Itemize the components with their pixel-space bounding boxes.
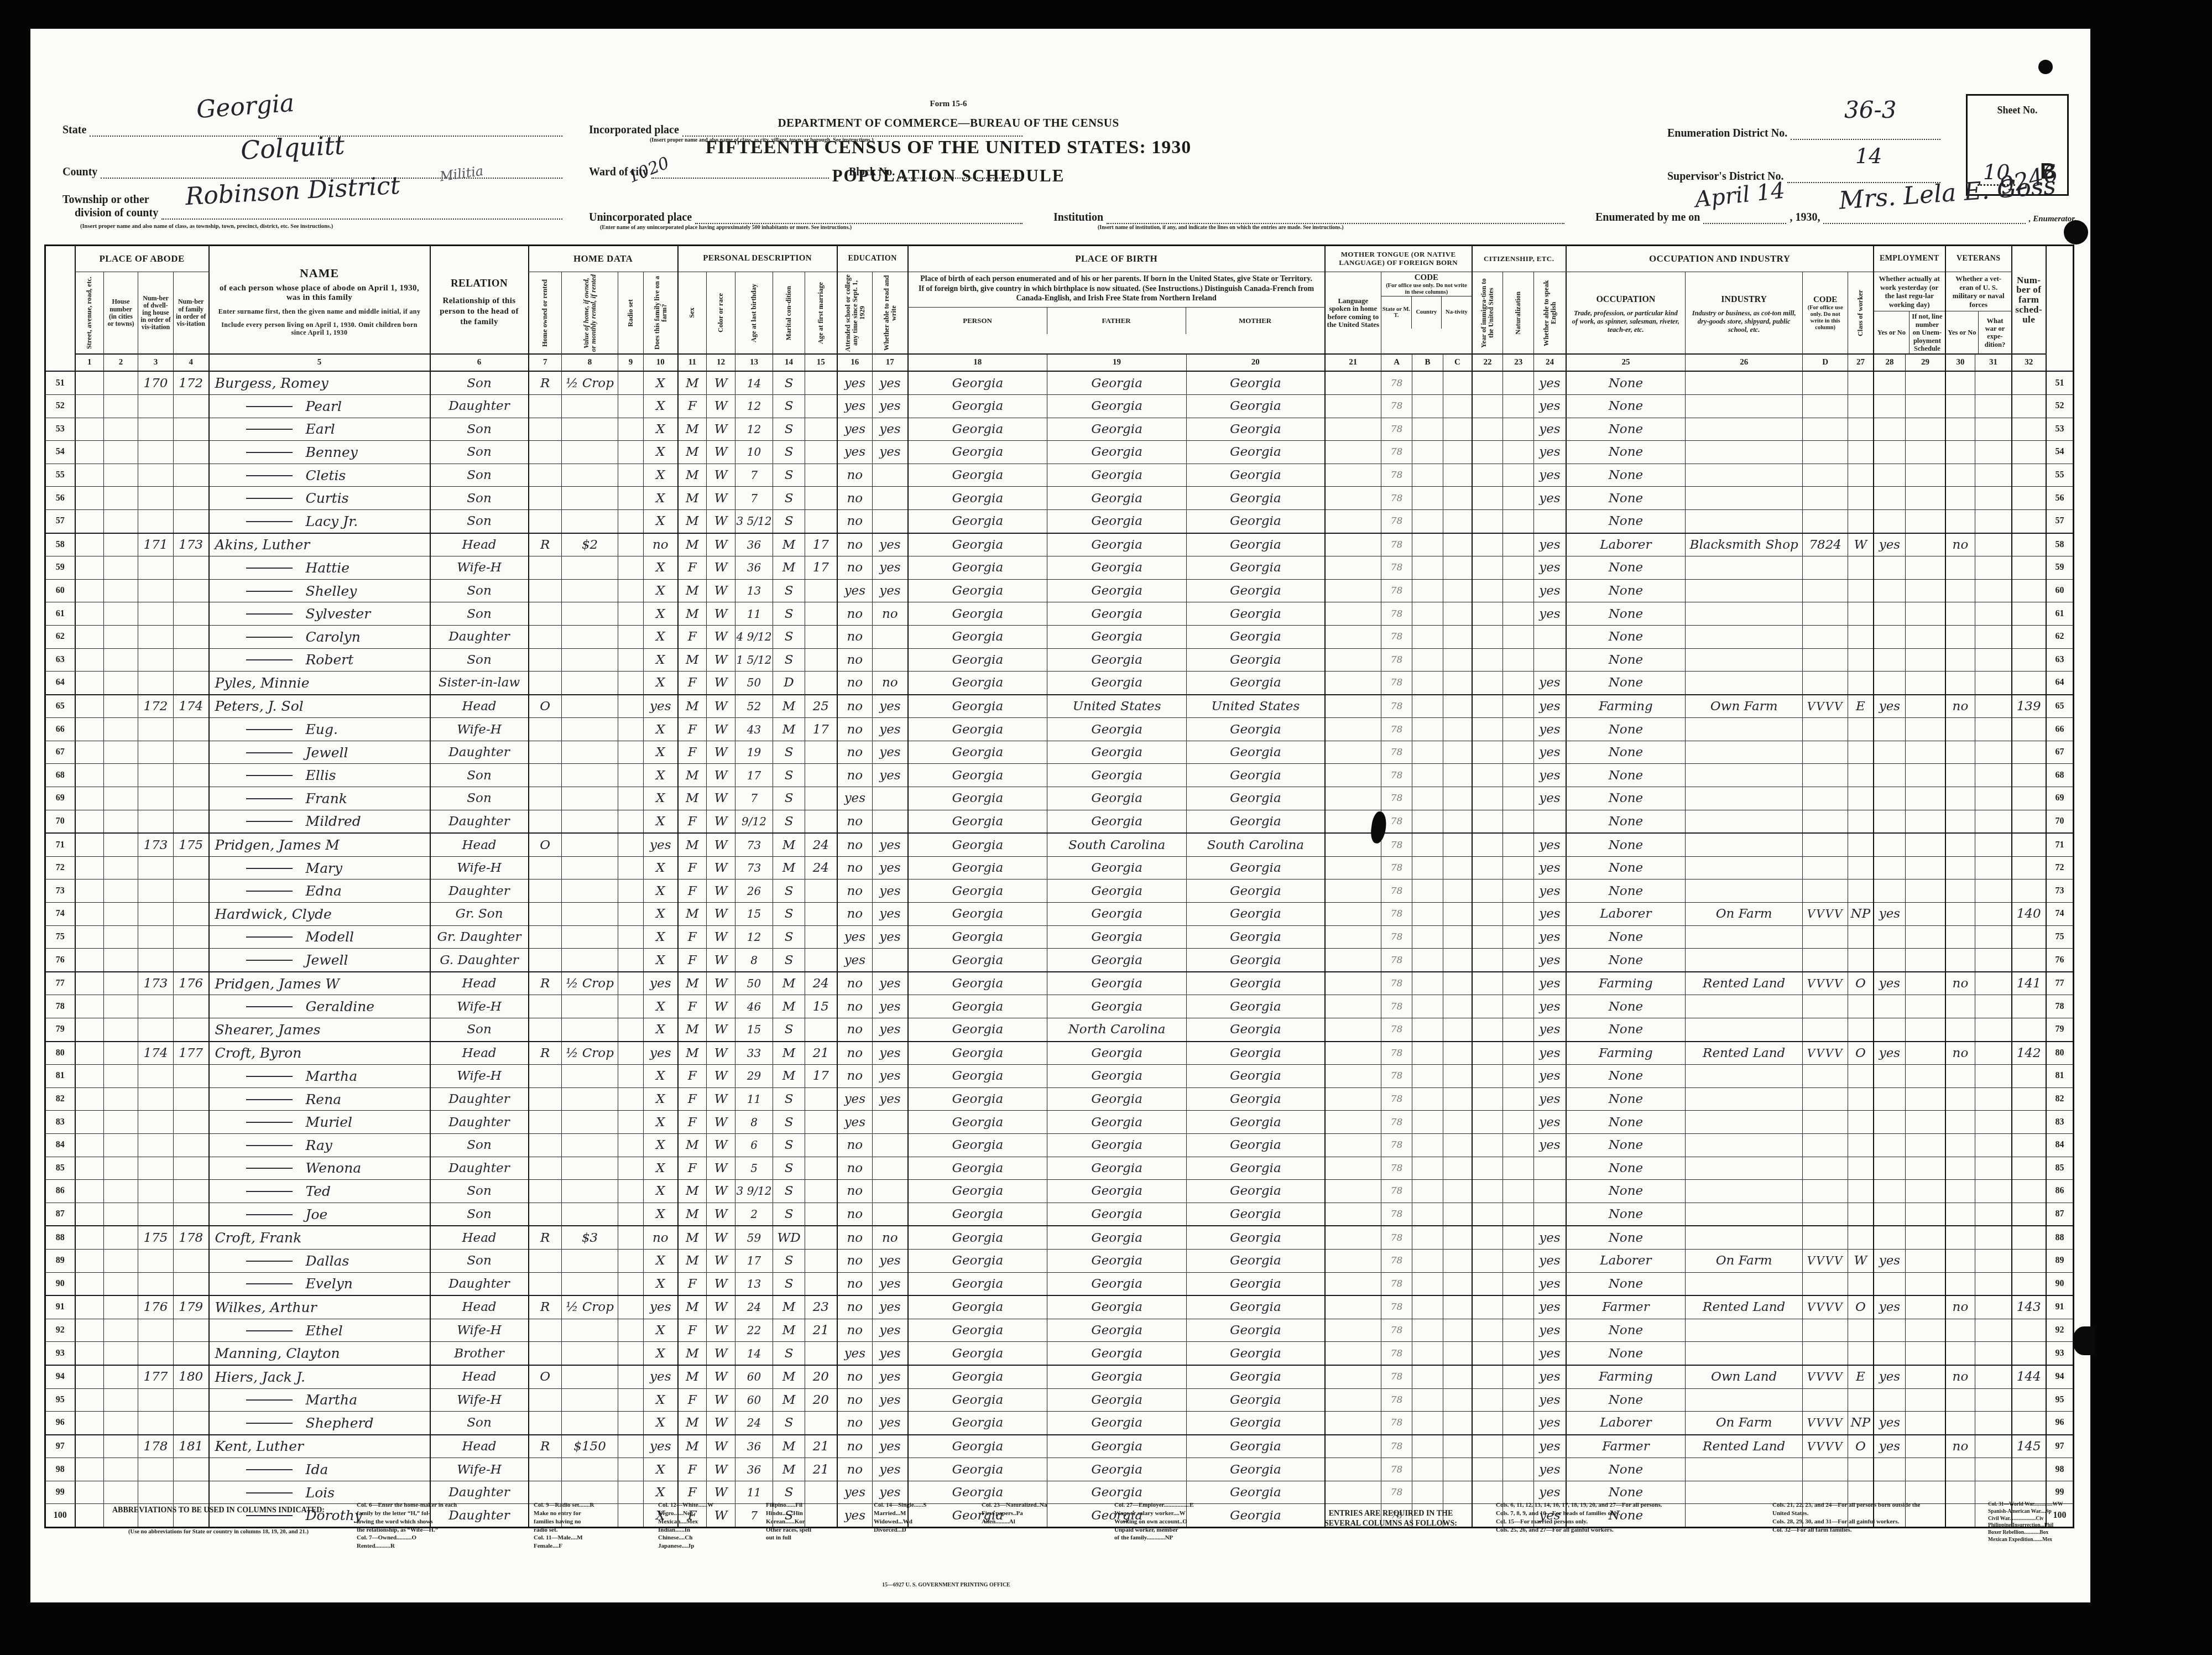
col-yr xyxy=(1472,810,1503,833)
col-cls xyxy=(1848,394,1874,418)
col-sch: no xyxy=(837,995,873,1018)
col-street xyxy=(75,972,104,995)
col-lnr: 64 xyxy=(2046,672,2074,695)
col-emp xyxy=(1874,464,1906,487)
col-ln: 60 xyxy=(45,579,75,602)
col-afm xyxy=(805,1180,837,1203)
ditto-dash xyxy=(246,775,293,776)
col-lang xyxy=(1325,1087,1381,1111)
col-lang xyxy=(1325,1065,1381,1088)
col-fam xyxy=(174,787,209,810)
col-fam xyxy=(174,625,209,648)
col-rw: yes xyxy=(873,741,908,764)
col-ocode: VVVV xyxy=(1803,1042,1848,1065)
col-lnr: 73 xyxy=(2046,879,2074,903)
col-mar: S xyxy=(773,1018,805,1042)
col-rw: yes xyxy=(873,1365,908,1388)
col-mar: M xyxy=(773,1319,805,1342)
col-radio xyxy=(618,1295,644,1319)
col-emp: yes xyxy=(1874,1412,1906,1435)
col-war xyxy=(1975,1157,2012,1180)
col-age: 8 xyxy=(735,1111,773,1134)
col-radio xyxy=(618,741,644,764)
census-row-line-61: 61SylvesterSonXMW11SnonoGeorgiaGeorgiaGe… xyxy=(45,602,2074,626)
col-ten: R xyxy=(529,972,562,995)
column-color-race-header: Color or race xyxy=(707,272,735,355)
col-empline xyxy=(1906,648,1945,672)
col-nat xyxy=(1503,533,1534,556)
col-ind xyxy=(1686,464,1803,487)
ditto-dash xyxy=(246,429,293,430)
col-war xyxy=(1975,1203,2012,1226)
census-scan-page: Form 15-6 DEPARTMENT OF COMMERCE—BUREAU … xyxy=(0,0,2212,1655)
col-cls xyxy=(1848,925,1874,949)
col-ind xyxy=(1686,418,1803,441)
col-vet xyxy=(1945,787,1975,810)
col-afm xyxy=(805,418,837,441)
col-rel: Son xyxy=(430,371,529,394)
col-dw xyxy=(138,1249,174,1272)
col-vet: no xyxy=(1945,1365,1975,1388)
col-ln: 80 xyxy=(45,1042,75,1065)
col-codeA: 78 xyxy=(1381,1388,1412,1412)
col-name: Joe xyxy=(209,1203,430,1226)
col-bpm: Georgia xyxy=(1187,1111,1325,1134)
col-name: Evelyn xyxy=(209,1272,430,1295)
col-radio xyxy=(618,441,644,464)
col-eng: yes xyxy=(1534,556,1566,580)
col-bpf: Georgia xyxy=(1047,418,1187,441)
col-bpf: Georgia xyxy=(1047,1272,1187,1295)
col-afm xyxy=(805,1412,837,1435)
col-radio xyxy=(618,464,644,487)
col-dw xyxy=(138,856,174,879)
column-number-28: 28 xyxy=(1874,354,1906,371)
col-mar: M xyxy=(773,718,805,741)
col-ind xyxy=(1686,1180,1803,1203)
col-mar: S xyxy=(773,509,805,533)
col-ln: 84 xyxy=(45,1133,75,1157)
col-fam xyxy=(174,672,209,695)
col-age: 60 xyxy=(735,1365,773,1388)
col-war xyxy=(1975,718,2012,741)
column-number-32: 32 xyxy=(2012,354,2046,371)
col-codeA: 78 xyxy=(1381,1365,1412,1388)
col-bpm: Georgia xyxy=(1187,1319,1325,1342)
col-emp xyxy=(1874,441,1906,464)
col-house xyxy=(104,949,138,972)
col-house xyxy=(104,509,138,533)
col-codeC xyxy=(1443,1018,1472,1042)
census-row-line-71: 71173175Pridgen, James MHeadOyesMW73M24n… xyxy=(45,833,2074,856)
col-lang xyxy=(1325,925,1381,949)
col-street xyxy=(75,787,104,810)
col-rw xyxy=(873,1203,908,1226)
col-emp xyxy=(1874,764,1906,787)
footer-abbrev-block-6: Col. 23—Naturalized..Na First papers..Pa… xyxy=(982,1501,1109,1526)
col-name: Robert xyxy=(209,648,430,672)
col-mar: M xyxy=(773,695,805,718)
col-age: 6 xyxy=(735,1133,773,1157)
col-codeC xyxy=(1443,949,1472,972)
col-street xyxy=(75,648,104,672)
col-street xyxy=(75,1133,104,1157)
col-ln: 53 xyxy=(45,418,75,441)
col-ln: 79 xyxy=(45,1018,75,1042)
col-bpf: Georgia xyxy=(1047,903,1187,926)
col-fs: 140 xyxy=(2012,903,2046,926)
col-radio xyxy=(618,579,644,602)
col-ocode xyxy=(1803,1319,1848,1342)
column-code-state-header: State or M. T. xyxy=(1381,296,1411,329)
col-ten xyxy=(529,556,562,580)
col-ln: 97 xyxy=(45,1435,75,1458)
col-sex: M xyxy=(678,1249,707,1272)
col-farm: no xyxy=(644,1226,678,1249)
col-war xyxy=(1975,1087,2012,1111)
col-nat xyxy=(1503,1272,1534,1295)
col-emp xyxy=(1874,672,1906,695)
col-age: 7 xyxy=(735,464,773,487)
census-row-line-62: 62CarolynDaughterXFW4 9/12SnoGeorgiaGeor… xyxy=(45,625,2074,648)
col-rel: Son xyxy=(430,1018,529,1042)
col-occ: None xyxy=(1566,1388,1686,1412)
col-val xyxy=(562,625,618,648)
col-fs xyxy=(2012,1157,2046,1180)
col-mar: M xyxy=(773,833,805,856)
column-number-25: 25 xyxy=(1566,354,1686,371)
col-bpm: United States xyxy=(1187,695,1325,718)
col-sch: no xyxy=(837,1295,873,1319)
col-cls xyxy=(1848,464,1874,487)
col-empline xyxy=(1906,1065,1945,1088)
col-lang xyxy=(1325,903,1381,926)
col-codeB xyxy=(1412,903,1443,926)
col-war xyxy=(1975,764,2012,787)
col-rel: Wife-H xyxy=(430,1388,529,1412)
col-farm: X xyxy=(644,487,678,510)
col-lnr: 88 xyxy=(2046,1226,2074,1249)
col-afm: 21 xyxy=(805,1042,837,1065)
col-emp xyxy=(1874,1481,1906,1504)
col-house xyxy=(104,972,138,995)
col-ln: 81 xyxy=(45,1065,75,1088)
col-radio xyxy=(618,394,644,418)
col-rw: yes xyxy=(873,1018,908,1042)
col-bp: Georgia xyxy=(908,533,1047,556)
col-codeC xyxy=(1443,394,1472,418)
col-fs xyxy=(2012,856,2046,879)
col-name: Muriel xyxy=(209,1111,430,1134)
col-bp: Georgia xyxy=(908,1018,1047,1042)
col-ocode xyxy=(1803,741,1848,764)
col-codeC xyxy=(1443,1226,1472,1249)
footer-abbrev-block-1: Col. 6—Enter the home-maker in each fami… xyxy=(357,1501,523,1550)
col-ln: 90 xyxy=(45,1272,75,1295)
col-sex: M xyxy=(678,1203,707,1226)
col-empline xyxy=(1906,579,1945,602)
col-occ: None xyxy=(1566,1226,1686,1249)
col-yr xyxy=(1472,533,1503,556)
col-codeB xyxy=(1412,1481,1443,1504)
institution-field: Institution xyxy=(1053,211,1568,224)
col-occ: None xyxy=(1566,1272,1686,1295)
col-emp: yes xyxy=(1874,1365,1906,1388)
col-rw xyxy=(873,509,908,533)
col-age: 14 xyxy=(735,371,773,394)
col-empline xyxy=(1906,1226,1945,1249)
col-sch: no xyxy=(837,1157,873,1180)
col-rel: Daughter xyxy=(430,879,529,903)
col-bp: Georgia xyxy=(908,856,1047,879)
census-row-line-89: 89DallasSonXMW17SnoyesGeorgiaGeorgiaGeor… xyxy=(45,1249,2074,1272)
col-farm: yes xyxy=(644,695,678,718)
col-mar: S xyxy=(773,394,805,418)
col-nat xyxy=(1503,903,1534,926)
col-race: W xyxy=(707,787,735,810)
col-afm xyxy=(805,764,837,787)
col-age: 17 xyxy=(735,764,773,787)
col-codeB xyxy=(1412,394,1443,418)
col-ind xyxy=(1686,672,1803,695)
col-occ: None xyxy=(1566,1458,1686,1481)
col-sex: F xyxy=(678,1065,707,1088)
col-ln: 86 xyxy=(45,1180,75,1203)
col-fam xyxy=(174,741,209,764)
col-vet xyxy=(1945,487,1975,510)
col-fs xyxy=(2012,1087,2046,1111)
col-ln: 54 xyxy=(45,441,75,464)
col-ind xyxy=(1686,995,1803,1018)
col-street xyxy=(75,1087,104,1111)
col-lnr: 97 xyxy=(2046,1435,2074,1458)
col-name: Shelley xyxy=(209,579,430,602)
col-name: Manning, Clayton xyxy=(209,1342,430,1365)
col-ten xyxy=(529,1180,562,1203)
col-fam xyxy=(174,1111,209,1134)
col-codeB xyxy=(1412,1018,1443,1042)
col-bpf: Georgia xyxy=(1047,949,1187,972)
col-sex: M xyxy=(678,464,707,487)
col-lnr: 85 xyxy=(2046,1157,2074,1180)
col-farm: X xyxy=(644,625,678,648)
col-ocode xyxy=(1803,856,1848,879)
col-val xyxy=(562,1203,618,1226)
col-eng: yes xyxy=(1534,833,1566,856)
column-street-header: Street, avenue, road, etc. xyxy=(75,272,104,355)
col-name: Curtis xyxy=(209,487,430,510)
col-empline xyxy=(1906,787,1945,810)
col-bpm: Georgia xyxy=(1187,1435,1325,1458)
col-race: W xyxy=(707,972,735,995)
col-codeC xyxy=(1443,972,1472,995)
col-fs xyxy=(2012,648,2046,672)
col-bp: Georgia xyxy=(908,949,1047,972)
col-bpm: Georgia xyxy=(1187,464,1325,487)
col-dw xyxy=(138,718,174,741)
col-ten xyxy=(529,602,562,626)
col-eng: yes xyxy=(1534,1018,1566,1042)
col-ocode xyxy=(1803,1272,1848,1295)
col-mar: M xyxy=(773,1435,805,1458)
col-fam: 179 xyxy=(174,1295,209,1319)
col-fs xyxy=(2012,1133,2046,1157)
census-row-line-80: 80174177Croft, ByronHeadR½ CropyesMW33M2… xyxy=(45,1042,2074,1065)
col-ind xyxy=(1686,1087,1803,1111)
col-war xyxy=(1975,441,2012,464)
col-fs xyxy=(2012,1226,2046,1249)
col-afm xyxy=(805,1157,837,1180)
col-radio xyxy=(618,810,644,833)
col-street xyxy=(75,1272,104,1295)
col-vet xyxy=(1945,1226,1975,1249)
col-afm: 25 xyxy=(805,695,837,718)
col-ln: 88 xyxy=(45,1226,75,1249)
col-age: 29 xyxy=(735,1065,773,1088)
col-sex: M xyxy=(678,509,707,533)
col-bpf: Georgia xyxy=(1047,509,1187,533)
col-bpm: Georgia xyxy=(1187,1157,1325,1180)
col-sex: M xyxy=(678,1435,707,1458)
col-rel: Son xyxy=(430,579,529,602)
col-codeA: 78 xyxy=(1381,903,1412,926)
col-ten xyxy=(529,1412,562,1435)
county-value-handwriting: Colquitt xyxy=(240,130,346,165)
col-lnr: 86 xyxy=(2046,1180,2074,1203)
col-cls xyxy=(1848,1458,1874,1481)
col-rw: yes xyxy=(873,1065,908,1088)
col-emp xyxy=(1874,579,1906,602)
col-val xyxy=(562,1111,618,1134)
col-ocode: VVVV xyxy=(1803,695,1848,718)
col-ocode xyxy=(1803,625,1848,648)
col-nat xyxy=(1503,625,1534,648)
col-occ: None xyxy=(1566,925,1686,949)
col-nat xyxy=(1503,1018,1534,1042)
col-rw: yes xyxy=(873,1388,908,1412)
form-number: Form 15-6 xyxy=(849,100,1048,109)
col-afm xyxy=(805,648,837,672)
col-afm: 21 xyxy=(805,1458,837,1481)
col-vet: no xyxy=(1945,972,1975,995)
col-fs xyxy=(2012,925,2046,949)
col-war xyxy=(1975,1365,2012,1388)
col-empline xyxy=(1906,1133,1945,1157)
enumeration-district-line xyxy=(1791,137,1940,140)
col-age: 14 xyxy=(735,1342,773,1365)
col-afm xyxy=(805,1481,837,1504)
col-val xyxy=(562,672,618,695)
col-vet xyxy=(1945,1157,1975,1180)
ditto-dash xyxy=(246,659,293,660)
col-empline xyxy=(1906,1412,1945,1435)
col-empline xyxy=(1906,949,1945,972)
col-bpm: Georgia xyxy=(1187,1133,1325,1157)
col-codeA: 78 xyxy=(1381,648,1412,672)
col-codeB xyxy=(1412,1365,1443,1388)
col-lang xyxy=(1325,1388,1381,1412)
col-sch: no xyxy=(837,718,873,741)
col-bpm: Georgia xyxy=(1187,602,1325,626)
col-afm xyxy=(805,509,837,533)
col-house xyxy=(104,464,138,487)
col-war xyxy=(1975,602,2012,626)
col-dw xyxy=(138,787,174,810)
col-empline xyxy=(1906,1111,1945,1134)
col-nat xyxy=(1503,1226,1534,1249)
col-val xyxy=(562,1065,618,1088)
census-row-line-66: 66Eug.Wife-HXFW43M17noyesGeorgiaGeorgiaG… xyxy=(45,718,2074,741)
block-line xyxy=(898,175,1022,179)
col-sex: M xyxy=(678,764,707,787)
col-name: Jewell xyxy=(209,741,430,764)
col-street xyxy=(75,1226,104,1249)
township-field: division of county xyxy=(75,207,566,220)
col-val xyxy=(562,394,618,418)
col-name: Burgess, Romey xyxy=(209,371,430,394)
col-bp: Georgia xyxy=(908,1226,1047,1249)
col-radio xyxy=(618,1065,644,1088)
col-radio xyxy=(618,1342,644,1365)
col-fam xyxy=(174,418,209,441)
col-cls xyxy=(1848,441,1874,464)
col-mar: M xyxy=(773,972,805,995)
col-yr xyxy=(1472,371,1503,394)
col-afm: 23 xyxy=(805,1295,837,1319)
col-sch: no xyxy=(837,1042,873,1065)
col-mar: S xyxy=(773,1481,805,1504)
col-vet xyxy=(1945,1342,1975,1365)
col-fs xyxy=(2012,995,2046,1018)
col-race: W xyxy=(707,394,735,418)
col-lang xyxy=(1325,949,1381,972)
col-rel: Daughter xyxy=(430,1111,529,1134)
col-fs xyxy=(2012,1249,2046,1272)
col-sch: no xyxy=(837,810,873,833)
col-cls xyxy=(1848,1157,1874,1180)
col-lnr: 83 xyxy=(2046,1111,2074,1134)
col-farm: X xyxy=(644,810,678,833)
col-ten xyxy=(529,995,562,1018)
col-bp: Georgia xyxy=(908,1388,1047,1412)
col-rel: Son xyxy=(430,787,529,810)
col-ind xyxy=(1686,394,1803,418)
col-val xyxy=(562,1157,618,1180)
col-empline xyxy=(1906,672,1945,695)
col-bpf: Georgia xyxy=(1047,1065,1187,1088)
col-sch: yes xyxy=(837,418,873,441)
col-occ: Farming xyxy=(1566,972,1686,995)
group-veterans: VETERANS xyxy=(1945,246,2012,272)
punch-hole-top xyxy=(2064,220,2088,244)
col-bpf: Georgia xyxy=(1047,1180,1187,1203)
col-ocode xyxy=(1803,1157,1848,1180)
col-ln: 75 xyxy=(45,925,75,949)
col-street xyxy=(75,741,104,764)
col-yr xyxy=(1472,556,1503,580)
col-bp: Georgia xyxy=(908,371,1047,394)
column-number-24: 24 xyxy=(1534,354,1566,371)
col-age: 50 xyxy=(735,972,773,995)
col-occ: None xyxy=(1566,648,1686,672)
col-yr xyxy=(1472,925,1503,949)
col-ocode: VVVV xyxy=(1803,1435,1848,1458)
col-codeB xyxy=(1412,1295,1443,1319)
col-val xyxy=(562,1458,618,1481)
col-emp xyxy=(1874,1203,1906,1226)
col-rw xyxy=(873,464,908,487)
col-ocode xyxy=(1803,464,1848,487)
